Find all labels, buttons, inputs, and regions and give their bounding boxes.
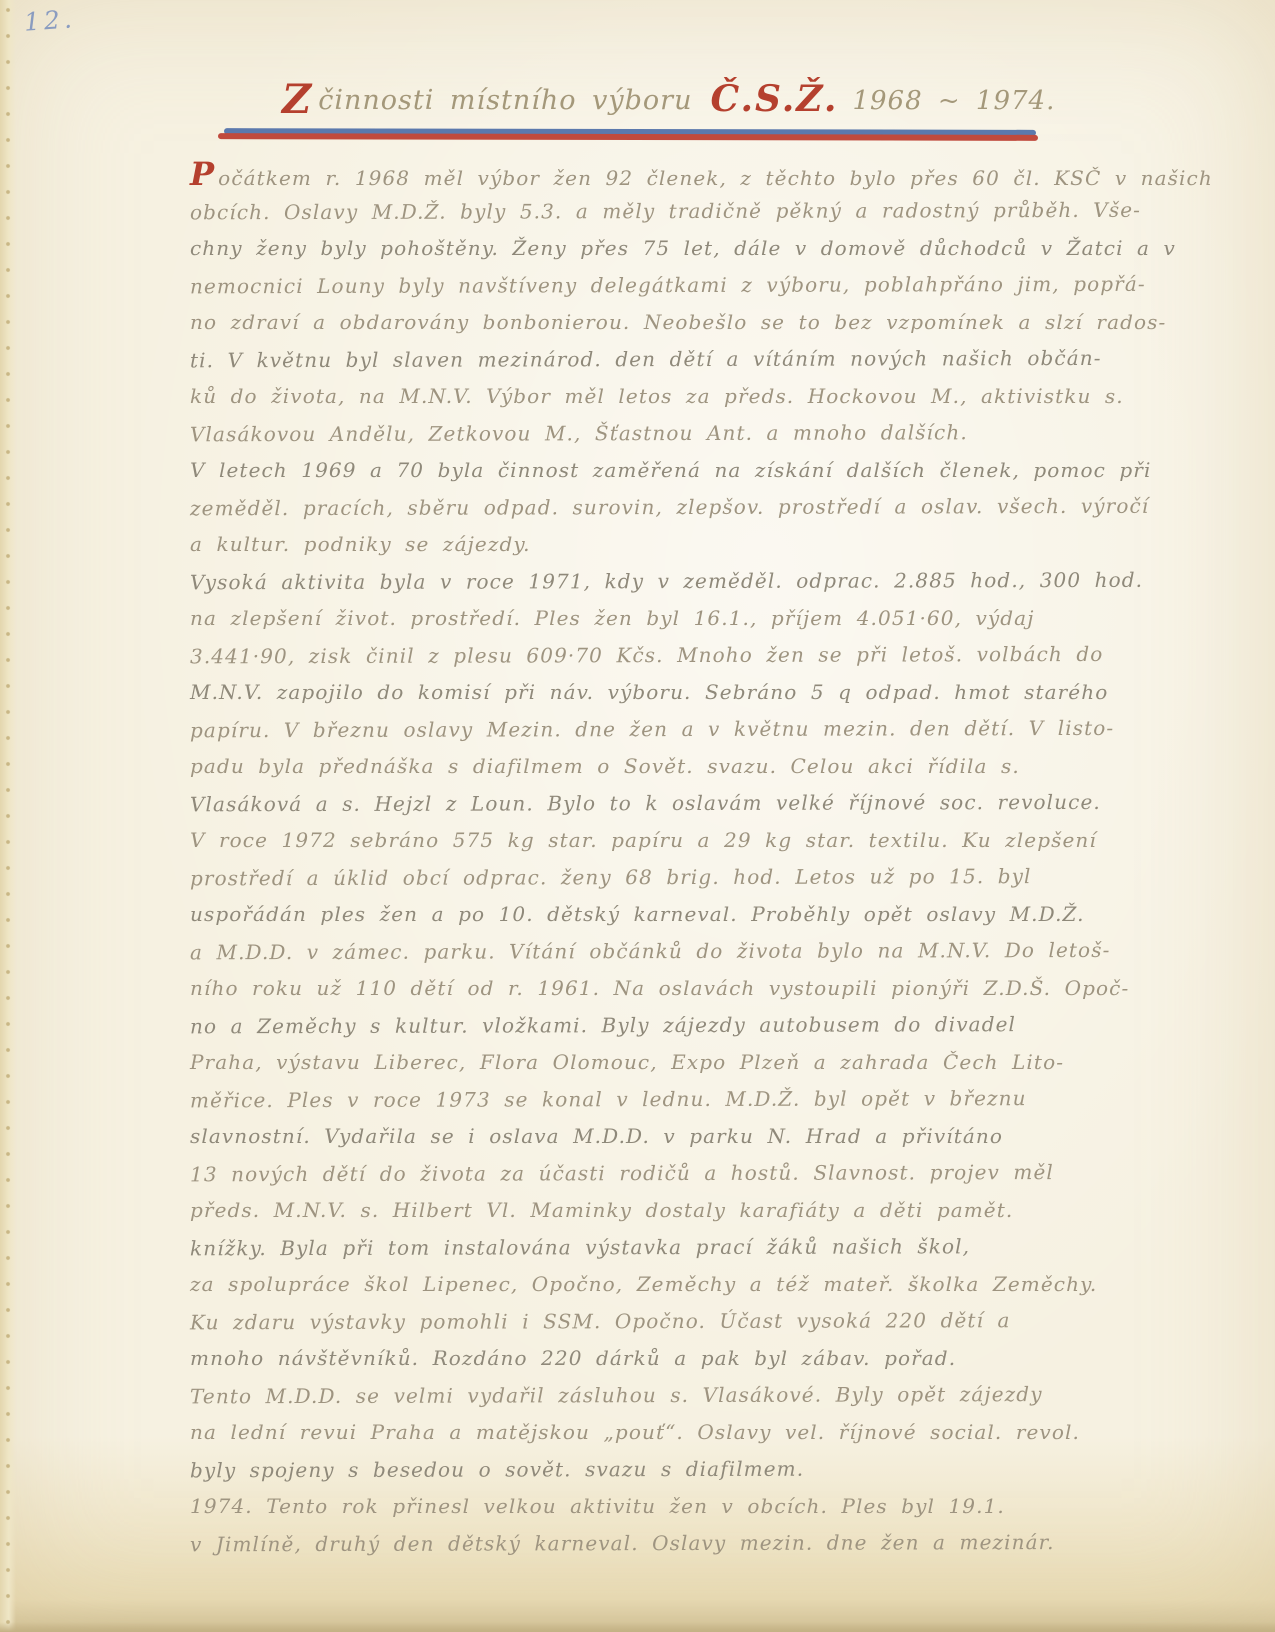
manuscript-line: ti. V květnu byl slaven mezinárod. den d… (190, 340, 1200, 380)
manuscript-line: na zlepšení život. prostředí. Ples žen b… (190, 600, 1200, 637)
title-abbreviation: Č.S.Ž. (710, 78, 838, 120)
chronicle-title: Zčinnosti místního výboruČ.S.Ž.1968 ~ 19… (282, 76, 1055, 123)
manuscript-line: mnoho návštěvníků. Rozdáno 220 dárků a p… (190, 1340, 1200, 1377)
manuscript-line: Tento M.D.D. se velmi vydařil zásluhou s… (190, 1376, 1200, 1416)
manuscript-line: V letech 1969 a 70 byla činnost zaměřená… (190, 452, 1200, 489)
manuscript-line: V roce 1972 sebráno 575 kg star. papíru … (190, 822, 1200, 859)
manuscript-line: 13 nových dětí do života za účasti rodič… (190, 1154, 1200, 1194)
manuscript-line: 3.441·90, zisk činil z plesu 609·70 Kčs.… (190, 636, 1200, 676)
manuscript-page: 12. Zčinnosti místního výboruČ.S.Ž.1968 … (0, 0, 1275, 1632)
manuscript-line: byly spojeny s besedou o sovět. svazu s … (190, 1450, 1200, 1490)
paragraph-initial-letter: P (190, 155, 215, 193)
title-initial-letter: Z (282, 76, 312, 123)
manuscript-line: knížky. Byla při tom instalována výstavk… (190, 1228, 1200, 1268)
title-text: činnosti místního výboru (318, 85, 692, 116)
manuscript-line: na lední revui Praha a matějskou „pouť“.… (190, 1414, 1200, 1451)
manuscript-line: měřice. Ples v roce 1973 se konal v ledn… (190, 1080, 1200, 1120)
manuscript-line: předs. M.N.V. s. Hilbert Vl. Maminky dos… (190, 1192, 1200, 1229)
manuscript-line: papíru. V březnu oslavy Mezin. dne žen a… (190, 710, 1200, 750)
manuscript-line: slavnostní. Vydařila se i oslava M.D.D. … (190, 1118, 1200, 1155)
manuscript-line: Počátkem r. 1968 měl výbor žen 92 členek… (190, 156, 1200, 193)
manuscript-line: a M.D.D. v zámec. parku. Vítání občánků … (190, 932, 1200, 972)
manuscript-line: Vysoká aktivita byla v roce 1971, kdy v … (190, 562, 1200, 602)
manuscript-line: no zdraví a obdarovány bonbonierou. Neob… (190, 304, 1200, 341)
manuscript-line: 1974. Tento rok přinesl velkou aktivitu … (190, 1488, 1200, 1525)
underline-red-stroke (218, 133, 1038, 141)
manuscript-line: v Jimlíně, druhý den dětský karneval. Os… (190, 1524, 1200, 1564)
manuscript-line: padu byla přednáška s diafilmem o Sovět.… (190, 748, 1200, 785)
page-bottom-edge (0, 1622, 1275, 1632)
manuscript-body: Počátkem r. 1968 měl výbor žen 92 členek… (190, 156, 1200, 1562)
manuscript-line: Praha, výstavu Liberec, Flora Olomouc, E… (190, 1044, 1200, 1081)
manuscript-line: ků do života, na M.N.V. Výbor měl letos … (190, 378, 1200, 415)
manuscript-line: za spolupráce škol Lipenec, Opočno, Země… (190, 1266, 1200, 1303)
manuscript-line: obcích. Oslavy M.D.Ž. byly 5.3. a měly t… (190, 192, 1200, 232)
page-binding-edge (0, 0, 16, 1632)
manuscript-line: chny ženy byly pohoštěny. Ženy přes 75 l… (190, 230, 1200, 267)
manuscript-line: Vlasákovou Andělu, Zetkovou M., Šťastnou… (190, 414, 1200, 454)
manuscript-line: nemocnici Louny byly navštíveny delegátk… (190, 266, 1200, 306)
title-underline-flag-rule (218, 128, 1040, 144)
manuscript-line: zeměděl. pracích, sběru odpad. surovin, … (190, 488, 1200, 528)
manuscript-line: a kultur. podniky se zájezdy. (190, 526, 1200, 563)
manuscript-line-text: očátkem r. 1968 měl výbor žen 92 členek,… (218, 166, 1213, 190)
manuscript-line: Ku zdaru výstavky pomohli i SSM. Opočno.… (190, 1302, 1200, 1342)
manuscript-line: no a Zeměchy s kultur. vložkami. Byly zá… (190, 1006, 1200, 1046)
title-years: 1968 ~ 1974. (852, 86, 1055, 116)
manuscript-line: M.N.V. zapojilo do komisí při náv. výbor… (190, 674, 1200, 711)
page-number: 12. (23, 4, 77, 37)
manuscript-line: ního roku už 110 dětí od r. 1961. Na osl… (190, 970, 1200, 1007)
manuscript-line: prostředí a úklid obcí odprac. ženy 68 b… (190, 858, 1200, 898)
manuscript-line: uspořádán ples žen a po 10. dětský karne… (190, 896, 1200, 933)
manuscript-line: Vlasáková a s. Hejzl z Loun. Bylo to k o… (190, 784, 1200, 824)
